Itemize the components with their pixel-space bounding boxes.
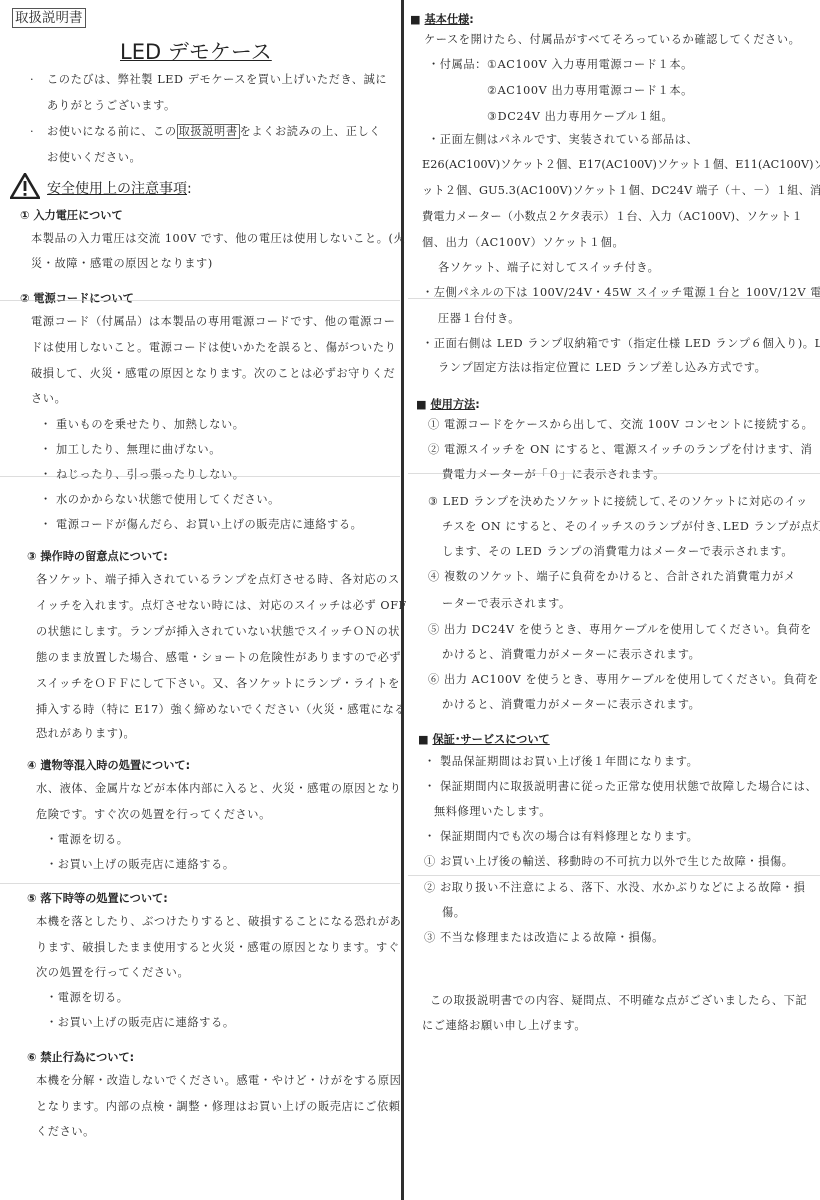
left-column: 取扱説明書 LED デモケース · このたびは、弊社製 LED デモケースを買い… — [0, 0, 402, 1200]
section-heading: ④ 遺物等混入時の処置について: — [27, 757, 190, 773]
usage-step: かけると、消費電力がメーターに表示されます。 — [442, 648, 700, 662]
spec-text: 個、出力（AC100V）ソケット１個。 — [422, 236, 624, 250]
spec-text: 各ソケット、端子に対してスイッチ付き。 — [438, 261, 659, 275]
list-item: ・ 電源コードが傷んだら、お買い上げの販売店に連絡する。 — [40, 518, 362, 532]
warranty-heading: ■ 保証･サービスについて — [418, 731, 550, 747]
warranty-item: ③ 不当な修理または改造による故障・損傷。 — [424, 931, 664, 945]
accessories-label: ・付属品： — [428, 58, 487, 72]
spec-text: ット２個、GU5.3(AC100V)ソケット１個、DC24V 端子（＋、－）１組… — [422, 184, 820, 198]
section-text: 電源コード（付属品）は本製品の専用電源コードです、他の電源コー — [31, 315, 396, 329]
list-item: ・お買い上げの販売店に連絡する。 — [46, 1016, 235, 1030]
scan-artifact-line — [408, 473, 820, 474]
section-heading: ⑥ 禁止行為について: — [27, 1049, 134, 1065]
usage-step: ⑤ 出力 DC24V を使うとき、専用ケーブルを使用してください。負荷を — [428, 623, 812, 637]
warranty-item: ・ 保証期間内に取扱説明書に従った正常な使用状態で故障した場合には、 — [424, 780, 817, 794]
section-heading: ① 入力電圧について — [20, 207, 123, 223]
section-text: の状態にします。ランプが挿入されていない状態でスイッチＯＮの状 — [36, 625, 400, 639]
section-text: イッチを入れます。点灯させない時には、対応のスイッチは必ず OFF — [36, 599, 407, 613]
spec-text: 費電力メーター（小数点２ケタ表示）１台、入力（AC100V)、ソケット１ — [422, 210, 803, 224]
usage-step: かけると、消費電力がメーターに表示されます。 — [442, 698, 700, 712]
section-text: ドは使用しないこと。電源コードは使いかたを誤ると、傷がついたり — [31, 341, 396, 355]
section-text: 各ソケット、端子挿入されているランプを点灯させる時、各対応のス — [36, 573, 400, 587]
warning-triangle-icon — [10, 173, 40, 199]
section-text: ください。 — [36, 1125, 95, 1139]
section-text: 危険です。すぐ次の処置を行ってください。 — [36, 808, 271, 822]
specs-intro: ケースを開けたら、付属品がすべてそろっているか確認してください。 — [424, 33, 800, 47]
section-text: 態のまま放置した場合、感電・ショートの危険性がありますので必ず — [36, 651, 401, 665]
spec-text: ・正面左側はパネルです、実装されている部品は、 — [428, 133, 698, 147]
usage-step: ④ 複数のソケット、端子に負荷をかけると、合計された消費電力がメ — [428, 570, 796, 584]
closing-text: にご連絡お願い申し上げます。 — [422, 1019, 586, 1033]
warranty-item: ・ 製品保証期間はお買い上げ後１年間になります。 — [424, 755, 698, 769]
boxed-manual-term: 取扱説明書 — [177, 124, 240, 139]
usage-step: します、その LED ランプの消費電力はメーターで表示されます。 — [442, 545, 793, 559]
spec-text: E26(AC100V)ソケット２個、E17(AC100V)ソケット１個、E11(… — [422, 158, 820, 172]
section-text: さい。 — [31, 392, 66, 406]
usage-step: 費電力メーターが「０」に表示されます。 — [442, 468, 665, 482]
scan-artifact-line — [0, 476, 400, 477]
spec-text: ランプ固定方法は指定位置に LED ランプ差し込み方式です。 — [438, 361, 766, 375]
scan-artifact-line — [0, 883, 400, 884]
section-text: となります。内部の点検・調整・修理はお買い上げの販売店にご依頼 — [36, 1100, 401, 1114]
intro-line: ありがとうございます。 — [47, 99, 176, 113]
section-text: 水、液体、金属片などが本体内部に入ると、火災・感電の原因となり — [36, 782, 401, 796]
warranty-item: ・ 保証期間内でも次の場合は有料修理となります。 — [424, 830, 698, 844]
list-item: ・電源を切る。 — [46, 833, 129, 847]
warranty-item: ② お取り扱い不注意による、落下、水没、水かぶりなどによる故障・損 — [424, 881, 805, 895]
section-heading: ③ 操作時の留意点について: — [27, 548, 168, 564]
page-title: LED デモケース — [120, 36, 272, 66]
specs-heading: ■ 基本仕様: — [410, 11, 474, 27]
section-text: スイッチをＯＦＦにして下さい。又、各ソケットにランプ・ライトを — [36, 677, 400, 691]
section-text: 次の処置を行ってください。 — [36, 966, 189, 980]
usage-step: ① 電源コードをケースから出して、交流 100V コンセントに接続する。 — [428, 418, 813, 432]
usage-step: ーターで表示されます。 — [442, 597, 571, 611]
section-heading: ② 電源コードについて — [20, 290, 134, 306]
list-item: ・ ねじったり、引っ張ったりしない。 — [40, 468, 245, 482]
scan-artifact-line — [408, 298, 820, 299]
section-text: 恐れがあります)。 — [36, 727, 135, 741]
usage-step: ② 電源スイッチを ON にすると、電源スイッチのランプを付けます、消 — [428, 443, 812, 457]
scan-artifact-line — [408, 875, 820, 876]
warranty-item: ① お買い上げ後の輸送、移動時の不可抗力以外で生じた故障・損傷。 — [424, 855, 794, 869]
section-text: 本製品の入力電圧は交流 100V です、他の電圧は使用しないこと。(火 — [31, 232, 405, 246]
right-column: ■ 基本仕様: ケースを開けたら、付属品がすべてそろっているか確認してください。… — [408, 0, 820, 1200]
list-item: ・ 加工したり、無理に曲げない。 — [40, 443, 221, 457]
usage-step: ⑥ 出力 AC100V を使うとき、専用ケーブルを使用してください。負荷を — [428, 673, 819, 687]
accessory-item: ③DC24V 出力専用ケーブル１組。 — [487, 110, 673, 124]
section-heading: ⑤ 落下時等の処置について: — [27, 890, 168, 906]
intro-line: このたびは、弊社製 LED デモケースを買い上げいただき、誠に — [47, 73, 387, 87]
usage-step: ③ LED ランプを決めたソケットに接続して､そのソケットに対応のイッ — [428, 495, 808, 509]
section-text: ります、破損したまま使用すると火災・感電の原因となります。すぐ — [36, 941, 400, 955]
spec-text: ・正面右側は LED ランプ収納箱です（指定仕様 LED ランプ６個入り)。LE… — [422, 337, 820, 351]
section-text: 挿入する時（特に E17）強く締めないでください（火災・感電になる — [36, 703, 406, 717]
list-item: ・ 水のかからない状態で使用してください。 — [40, 493, 280, 507]
document-label: 取扱説明書 — [12, 8, 86, 28]
usage-heading: ■ 使用方法: — [416, 396, 480, 412]
intro-bullet: · — [30, 73, 34, 87]
warranty-item: 無料修理いたします。 — [434, 805, 551, 819]
section-text: 本機を落としたり、ぶつけたりすると、破損することになる恐れがあ — [36, 915, 401, 929]
closing-text: この取扱説明書での内容、疑問点、不明確な点がございましたら、下記 — [430, 994, 807, 1008]
intro-line: お使いください。 — [47, 151, 141, 165]
intro-bullet: · — [30, 125, 34, 139]
section-text: 本機を分解・改造しないでください。感電・やけど・けがをする原因 — [36, 1074, 401, 1088]
section-text: 災・故障・感電の原因となります) — [31, 257, 213, 271]
intro-line: お使いになる前に、この取扱説明書をよくお読みの上、正しく — [47, 125, 381, 139]
scan-artifact-line — [0, 300, 400, 301]
usage-step: チスを ON にすると、そのイッチスのランプが付き､LED ランプが点灯 — [442, 520, 820, 534]
list-item: ・ 重いものを乗せたり、加熱しない。 — [40, 418, 245, 432]
list-item: ・お買い上げの販売店に連絡する。 — [46, 858, 235, 872]
safety-title: 安全使用上の注意事項: — [47, 178, 192, 198]
list-item: ・電源を切る。 — [46, 991, 129, 1005]
warranty-item: 傷。 — [442, 906, 466, 920]
section-text: 破損して、火災・感電の原因となります。次のことは必ずお守りくだ — [31, 367, 395, 381]
accessory-item: ②AC100V 出力専用電源コード１本。 — [487, 84, 693, 98]
column-divider — [401, 0, 404, 1200]
spec-text: 圧器１台付き。 — [438, 312, 520, 326]
accessory-item: ①AC100V 入力専用電源コード１本。 — [487, 58, 693, 72]
